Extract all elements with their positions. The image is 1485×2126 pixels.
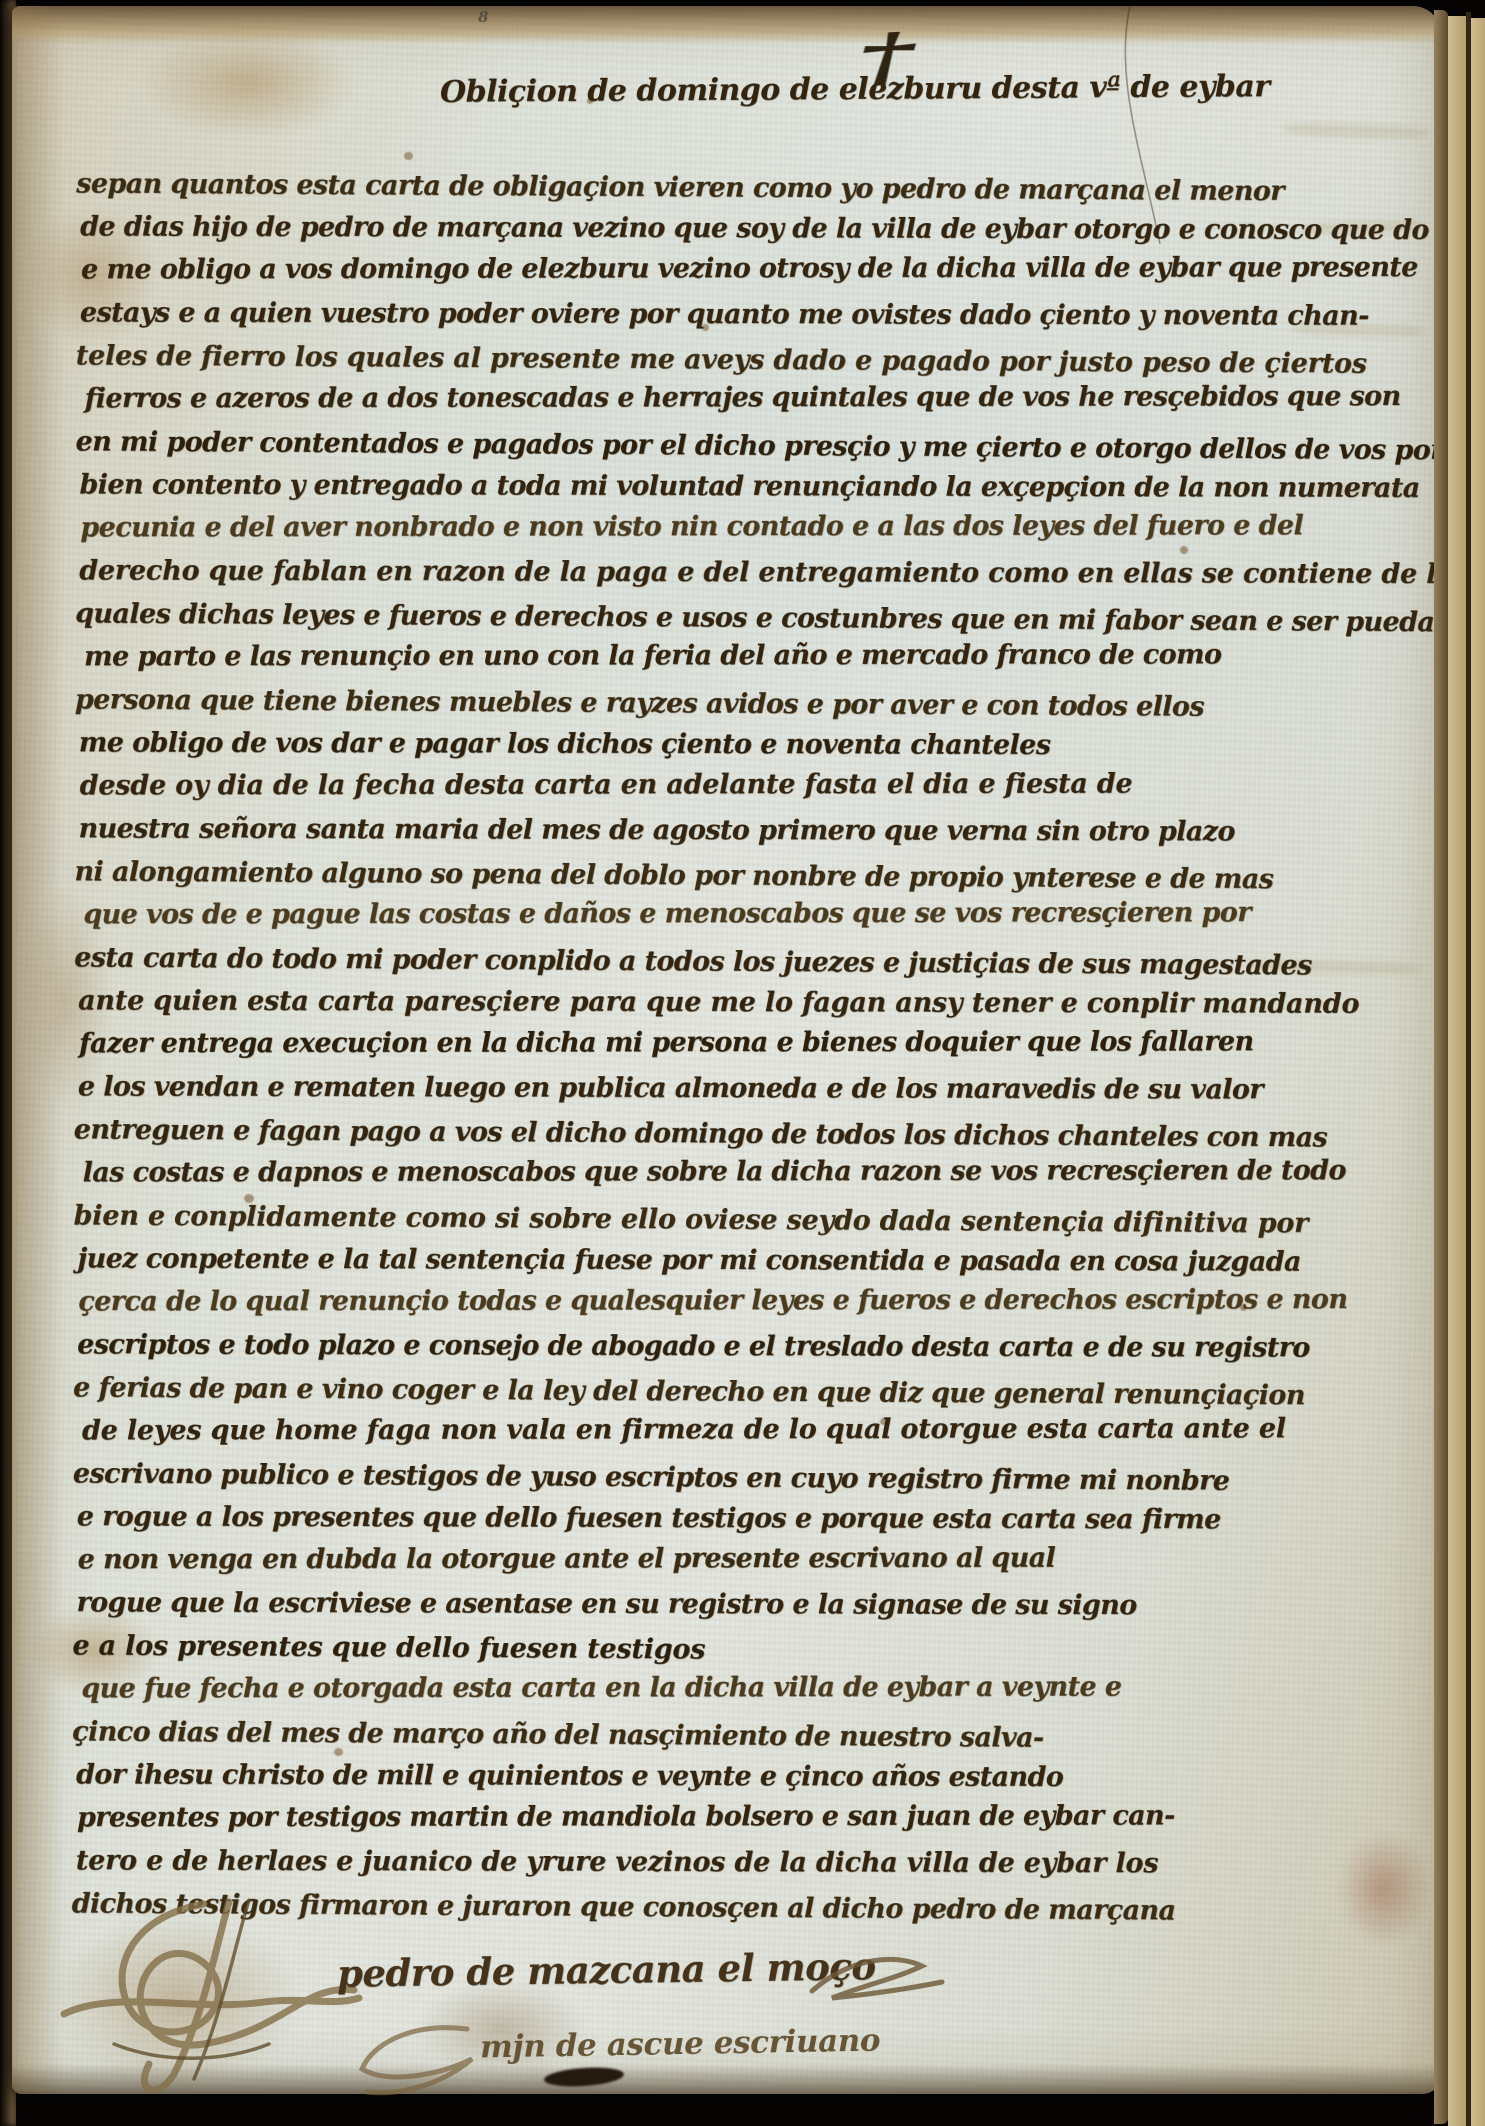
- page-fore-edge-roll: [1434, 10, 1448, 2124]
- ink-bleedthrough: [1284, 121, 1429, 140]
- manuscript-line: dichos testigos firmaron e juraron que c…: [72, 1882, 1412, 1934]
- document-heading: Obliçion de domingo de elezburu desta vª…: [440, 69, 1270, 110]
- manuscript-line: e los vendan e rematen luego en publica …: [78, 1065, 1414, 1111]
- page-top-edge: [12, 6, 1442, 44]
- manuscript-line: ante quien esta carta paresçiere para qu…: [78, 979, 1414, 1025]
- manuscript-line: e rogue a los presentes que dello fuesen…: [77, 1495, 1413, 1541]
- manuscript-line: e me obligo a vos domingo de elezburu ve…: [81, 246, 1421, 291]
- manuscript-line: desde oy dia de la fecha desta carta en …: [80, 762, 1420, 807]
- page-bottom-edge: [12, 2064, 1442, 2094]
- folio-number-mark: 8: [478, 8, 488, 26]
- manuscript-line: fierros e azeros de a dos tonescadas e h…: [85, 375, 1421, 420]
- page-left-worn-edge: [12, 6, 64, 2094]
- paper-stain: [52, 1916, 302, 2086]
- manuscript-line: las costas e dapnos e menoscabos que sob…: [83, 1149, 1419, 1194]
- manuscript-line: dor ihesu christo de mill e quinientos e…: [76, 1753, 1412, 1799]
- manuscript-photo: 8 † Obliçion de domingo de elezburu dest…: [0, 0, 1485, 2126]
- manuscript-line: nuestra señora santa maria del mes de ag…: [79, 807, 1415, 853]
- manuscript-line: pecunia e del aver nonbrado e non visto …: [80, 504, 1420, 549]
- manuscript-page: 8 † Obliçion de domingo de elezburu dest…: [12, 6, 1442, 2094]
- manuscript-body: sepan quantos esta carta de obligaçion v…: [72, 162, 1417, 1929]
- manuscript-line: bien contento y entregado a toda mi volu…: [79, 463, 1415, 509]
- manuscript-line: que fue fecha e otorgada esta carta en l…: [81, 1665, 1417, 1710]
- manuscript-line: presentes por testigos martin de mandiol…: [77, 1794, 1417, 1839]
- manuscript-line: de leyes que home faga non vala en firme…: [82, 1407, 1418, 1452]
- manuscript-line: fazer entrega execuçion en la dicha mi p…: [79, 1020, 1419, 1065]
- manuscript-line: escriptos e todo plazo e consejo de abog…: [77, 1323, 1413, 1369]
- manuscript-line: çerca de lo qual renunçio todas e quales…: [78, 1278, 1418, 1323]
- manuscript-line: me obligo de vos dar e pagar los dichos …: [79, 721, 1415, 767]
- manuscript-line: que vos de e pague las costas e daños e …: [83, 891, 1419, 936]
- folio-stack-edge: [1471, 18, 1485, 2126]
- paper-stain: [140, 28, 355, 138]
- manuscript-line: tero e de herlaes e juanico de yrure vez…: [76, 1839, 1412, 1885]
- manuscript-line: rogue que la escriviese e asentase en su…: [76, 1581, 1412, 1627]
- folio-stack-edge: [1448, 16, 1466, 2126]
- signature-party: pedro de mazcana el moço: [337, 1944, 876, 1996]
- manuscript-line: e non venga en dubda la otorgue ante el …: [78, 1536, 1418, 1581]
- foxing-dot: [404, 152, 413, 160]
- manuscript-line: juez conpetente e la tal sentençia fuese…: [77, 1237, 1413, 1283]
- manuscript-line: derecho que fablan en razon de la paga e…: [79, 549, 1415, 595]
- signature-notary: mjn de ascue escriuano: [480, 2023, 881, 2066]
- manuscript-line: me parto e las renunçio en uno con la fe…: [84, 633, 1420, 678]
- manuscript-line: de dias hijo de pedro de marçana vezino …: [80, 205, 1416, 251]
- manuscript-line: estays e a quien vuestro poder oviere po…: [80, 291, 1416, 337]
